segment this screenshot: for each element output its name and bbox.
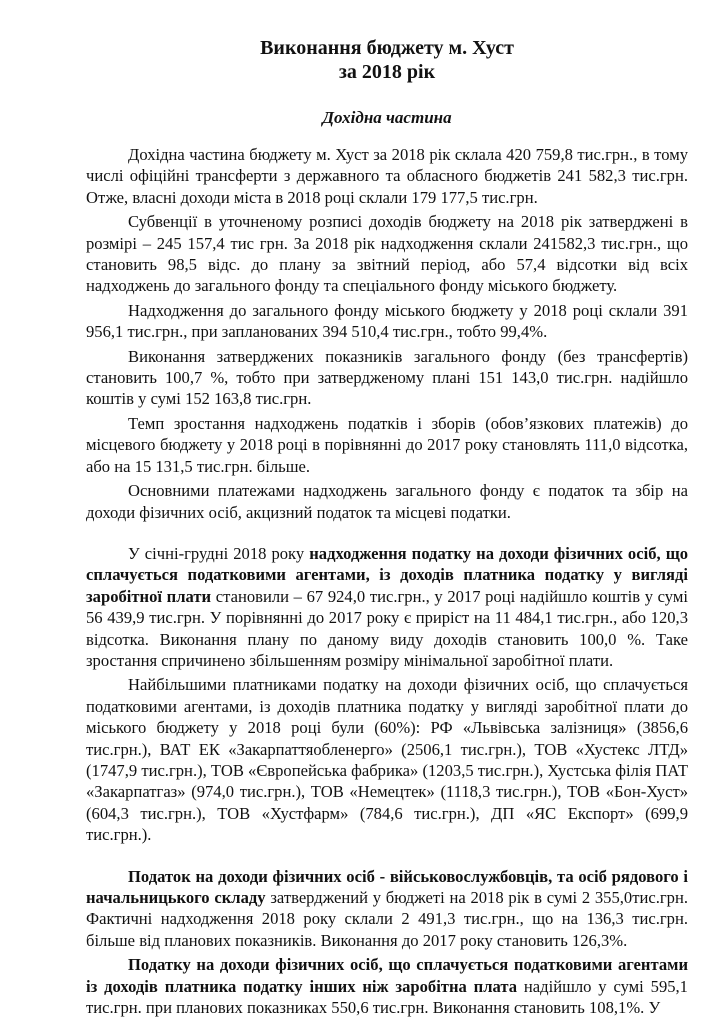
document-page: Виконання бюджету м. Хуст за 2018 рік До… xyxy=(86,36,688,1018)
paragraph-growth-rate: Темп зростання надходжень податків і збо… xyxy=(86,413,688,477)
paragraph-general-fund: Надходження до загального фонду міського… xyxy=(86,300,688,343)
title-line-1: Виконання бюджету м. Хуст xyxy=(260,37,514,59)
paragraph-largest-payers: Найбільшими платниками податку на доходи… xyxy=(86,674,688,845)
paragraph-total-revenue: Дохідна частина бюджету м. Хуст за 2018 … xyxy=(86,144,688,208)
title-line-2: за 2018 рік xyxy=(339,61,435,83)
paragraph-main-payments: Основними платежами надходжень загальног… xyxy=(86,480,688,523)
paragraph-pdfo-salary: У січні-грудні 2018 року надходження под… xyxy=(86,543,688,671)
paragraph-general-fund-execution: Виконання затверджених показників загаль… xyxy=(86,346,688,410)
paragraph-subventions: Субвенції в уточненому розписі доходів б… xyxy=(86,211,688,297)
paragraph-pdfo-military: Податок на доходи фізичних осіб - військ… xyxy=(86,866,688,952)
document-title: Виконання бюджету м. Хуст за 2018 рік xyxy=(86,36,688,84)
section-heading: Дохідна частина xyxy=(86,108,688,128)
paragraph-pdfo-other-income: Податку на доходи фізичних осіб, що спла… xyxy=(86,954,688,1018)
